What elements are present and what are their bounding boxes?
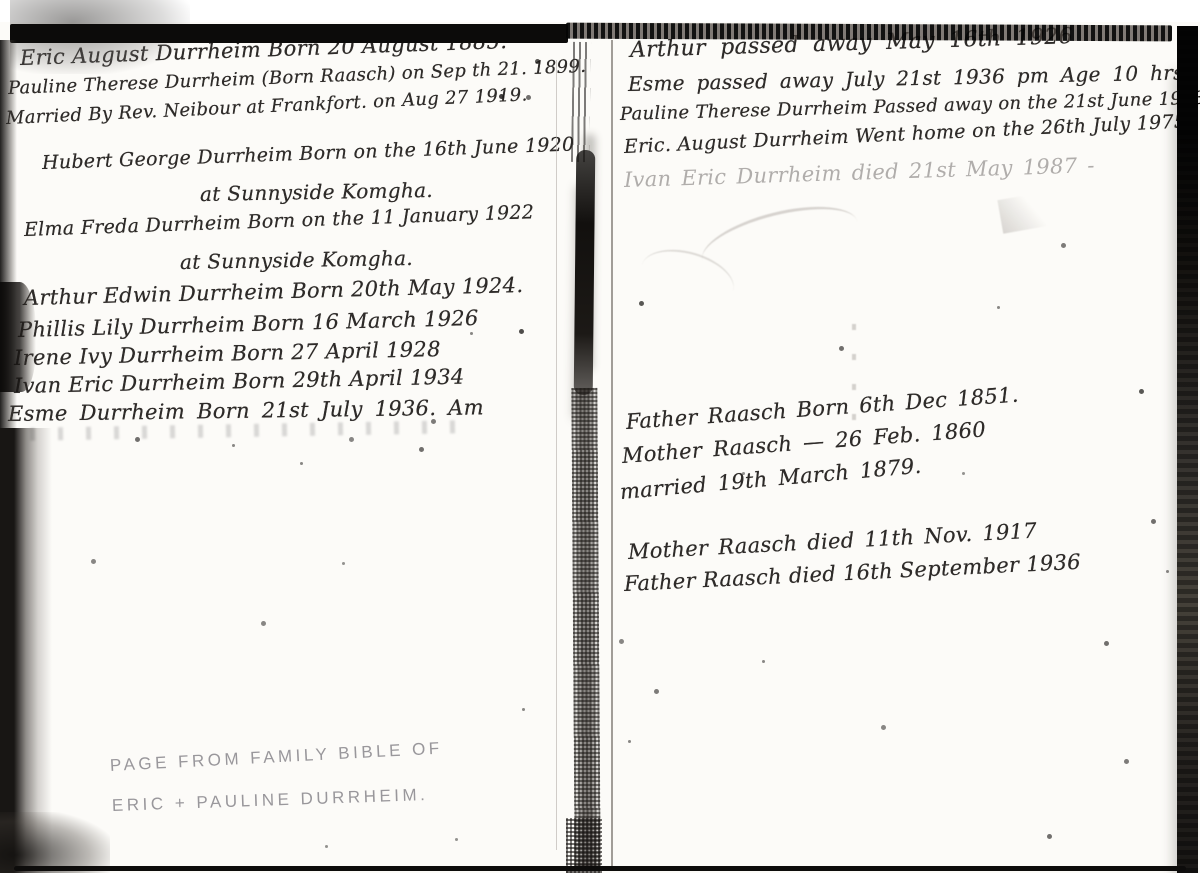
pencil-smudge-marks bbox=[852, 300, 856, 420]
caption-line-1: PAGE FROM FAMILY BIBLE OF bbox=[109, 739, 443, 776]
record-hubert-birth: Hubert George Durrheim Born on the 16th … bbox=[42, 133, 575, 174]
pencil-smudge-streak bbox=[997, 192, 1048, 233]
record-ivan-birth: Ivan Eric Durrheim Born 29th April 1934 bbox=[14, 365, 465, 398]
binding-spine-top bbox=[571, 42, 591, 162]
binding-spine-bottom bbox=[571, 388, 600, 870]
top-edge-shadow-right bbox=[566, 23, 1172, 42]
record-elma-birth: Elma Freda Durrheim Born on the 11 Janua… bbox=[24, 201, 535, 241]
record-ivan-death: Ivan Eric Durrheim died 21st May 1987 - bbox=[624, 153, 1095, 192]
ink-specks bbox=[0, 0, 3, 3]
record-phillis-birth: Phillis Lily Durrheim Born 16 March 1926 bbox=[18, 306, 479, 342]
right-edge-shadow bbox=[1177, 26, 1198, 873]
left-edge-ink-blob bbox=[0, 282, 36, 392]
record-hubert-place: at Sunnyside Komgha. bbox=[200, 178, 433, 206]
record-irene-birth: Irene Ivy Durrheim Born 27 April 1928 bbox=[14, 337, 441, 370]
caption-line-2: ERIC + PAULINE DURRHEIM. bbox=[112, 785, 429, 816]
record-elma-place: at Sunnyside Komgha. bbox=[180, 246, 413, 274]
left-edge-shadow-bottom bbox=[0, 428, 52, 873]
bottom-edge-shadow bbox=[14, 866, 1186, 871]
binding-cloth-patch bbox=[566, 818, 602, 873]
page-fold-line bbox=[611, 40, 613, 868]
page-fold-line-left bbox=[556, 60, 557, 850]
binding-spine-middle bbox=[574, 150, 596, 395]
record-arthur-birth: Arthur Edwin Durrheim Born 20th May 1924… bbox=[24, 273, 524, 310]
top-edge-shadow-left bbox=[10, 24, 568, 43]
bottom-left-smudge bbox=[0, 812, 110, 873]
scanned-family-bible-page: Eric August Durrheim Born 20 August 1885… bbox=[0, 0, 1200, 873]
